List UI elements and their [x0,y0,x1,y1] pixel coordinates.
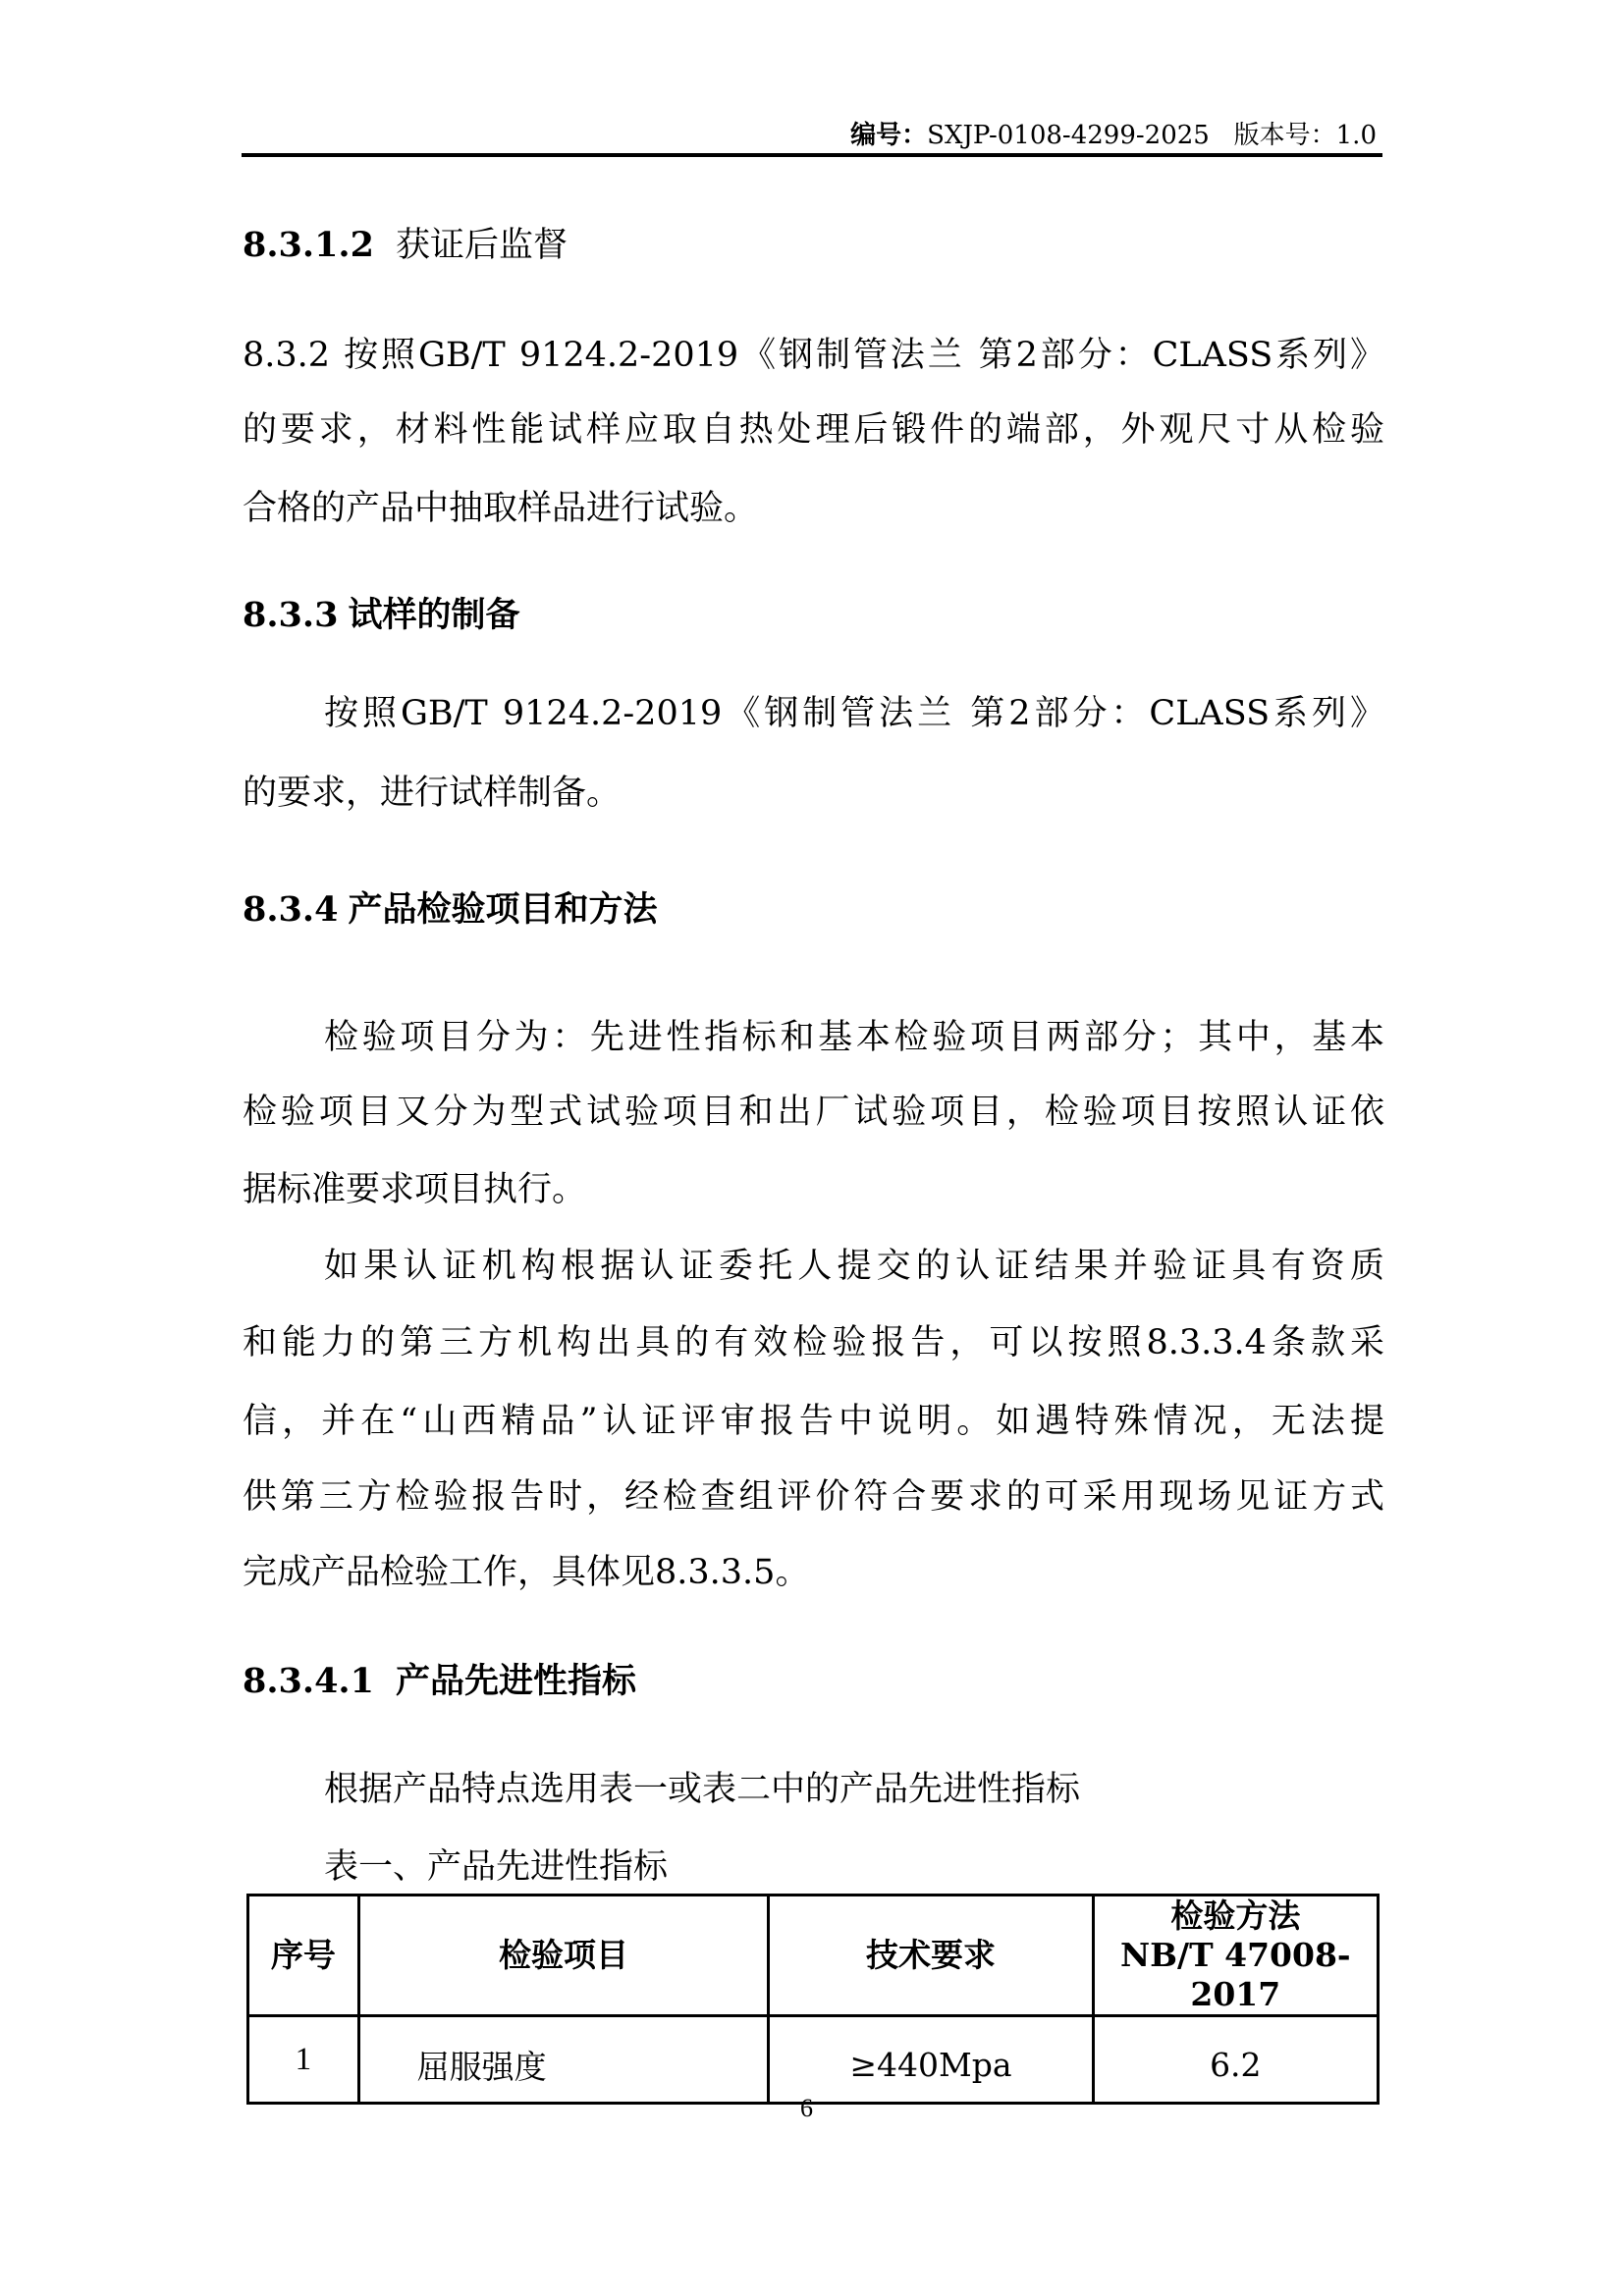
section-number: 8.3.4.1 [243,1661,374,1701]
col-header-item: 检验项目 [358,1896,769,2016]
section-number: 8.3.3 [243,595,338,635]
para-8-3-4-p2-line-3: 信，并在“山西精品”认证评审报告中说明。如遇特殊情况，无法提 [243,1394,1384,1449]
advanced-indicators-table: 序号 检验项目 技术要求 检验方法 NB/T 47008-2017 1 屈服强度… [246,1894,1380,2105]
para-8-3-4-p1-line-3: 据标准要求项目执行。 [243,1162,1384,1217]
header-divider [242,153,1382,157]
table-caption: 表一、产品先进性指标 [324,1840,1384,1895]
section-title: 获证后监督 [396,226,568,265]
col-header-requirement: 技术要求 [769,1896,1093,2016]
doc-number: SXJP-0108-4299-2025 [927,121,1210,150]
page-number: 6 [800,2091,813,2126]
para-8-3-2-line-2: 的要求，材料性能试样应取自热处理后锻件的端部，外观尺寸从检验 [243,402,1384,457]
section-title: 产品先进性指标 [396,1661,636,1701]
para-8-3-4-p2-line-2: 和能力的第三方机构出具的有效检验报告，可以按照8.3.3.4条款采 [243,1315,1384,1370]
para-8-3-4-p2-line-5: 完成产品检验工作，具体见8.3.3.5。 [243,1545,1384,1600]
para-8-3-4-p1-line-2: 检验项目又分为型式试验项目和出厂试验项目，检验项目按照认证依 [243,1085,1384,1140]
section-number: 8.3.1.2 [243,225,374,265]
cell-method: 6.2 [1093,2016,1378,2104]
heading-8-3-3: 8.3.3试样的制备 [243,588,1384,643]
para-8-3-4-p2-line-1: 如果认证机构根据认证委托人提交的认证结果并验证具有资质 [324,1239,1384,1294]
heading-8-3-4: 8.3.4产品检验项目和方法 [243,882,1384,937]
para-8-3-2-line-3: 合格的产品中抽取样品进行试验。 [243,481,1384,536]
section-title: 试样的制备 [348,595,519,635]
table-header-row: 序号 检验项目 技术要求 检验方法 NB/T 47008-2017 [248,1896,1379,2016]
para-8-3-3-line-1: 按照GB/T 9124.2-2019《钢制管法兰 第2部分：CLASS系列》 [324,686,1384,741]
table-row: 1 屈服强度 ≥440Mpa 6.2 [248,2016,1379,2104]
version-label: 版本号： [1234,121,1336,150]
para-8-3-4-p1-line-1: 检验项目分为：先进性指标和基本检验项目两部分；其中，基本 [324,1010,1384,1065]
page-header: 编号：SXJP-0108-4299-2025 版本号：1.0 [850,116,1377,155]
cell-requirement: ≥440Mpa [769,2016,1093,2104]
table-intro-text: 根据产品特点选用表一或表二中的产品先进性指标 [324,1762,1384,1817]
para-8-3-3-line-2: 的要求，进行试样制备。 [243,766,1384,821]
cell-seq: 1 [248,2016,359,2104]
para-8-3-4-p2-line-4: 供第三方检验报告时，经检查组评价符合要求的可采用现场见证方式 [243,1469,1384,1524]
para-8-3-2-line-1: 8.3.2 按照GB/T 9124.2-2019《钢制管法兰 第2部分：CLAS… [243,328,1384,383]
heading-8-3-4-1: 8.3.4.1产品先进性指标 [243,1654,1384,1709]
method-standard: NB/T 47008-2017 [1095,1936,1377,2014]
document-page: 编号：SXJP-0108-4299-2025 版本号：1.0 8.3.1.2获证… [0,0,1624,2296]
col-header-seq: 序号 [248,1896,359,2016]
doc-number-label: 编号： [850,121,927,150]
section-number: 8.3.4 [243,889,338,930]
heading-8-3-1-2: 8.3.1.2获证后监督 [243,218,1384,273]
cell-item: 屈服强度 [358,2016,769,2104]
col-header-method: 检验方法 NB/T 47008-2017 [1093,1896,1378,2016]
method-label: 检验方法 [1095,1896,1377,1936]
section-title: 产品检验项目和方法 [348,889,657,930]
version-number: 1.0 [1336,121,1377,150]
